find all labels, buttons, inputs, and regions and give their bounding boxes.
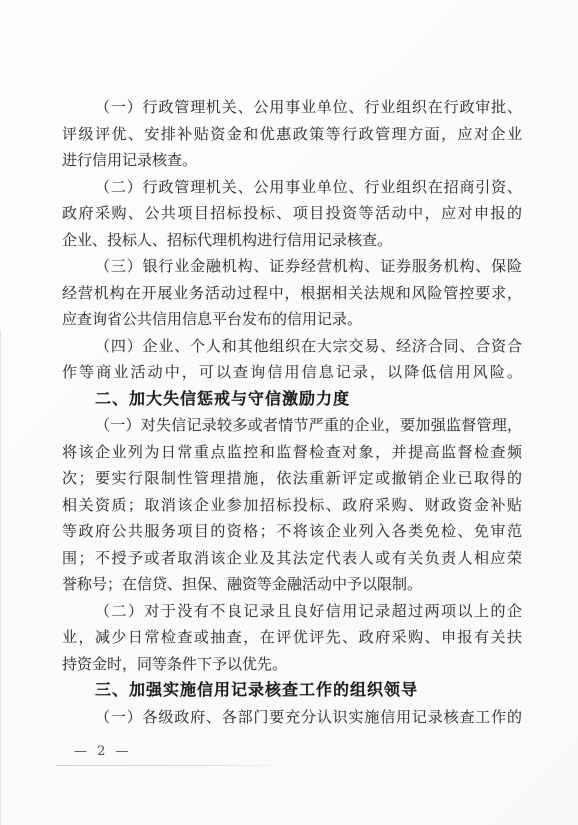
- text-line: 政府采购、公共项目招标投标、项目投资等活动中，应对申报的: [62, 201, 522, 228]
- text-line: （二）对于没有不良记录且良好信用记录超过两项以上的企: [62, 599, 522, 626]
- text-line: （三）银行业金融机构、证券经营机构、证券服务机构、保险: [62, 254, 522, 281]
- text-line: 经营机构在开展业务活动过程中，根据相关法规和风险管控要求，: [62, 281, 522, 308]
- text-line: 作等商业活动中，可以查询信用信息记录，以降低信用风险。: [62, 360, 522, 387]
- document-page: （一）行政管理机关、公用事业单位、行业组织在行政审批、评级评优、安排补贴资金和优…: [0, 0, 578, 825]
- text-line: 应查询省公共信用信息平台发布的信用记录。: [62, 307, 522, 334]
- page-footer: — 2 —: [0, 742, 578, 772]
- footer-divider-line: [55, 765, 293, 766]
- text-line: 二、加大失信惩戒与守信激励力度: [62, 387, 522, 414]
- text-line: 围；不授予或者取消该企业及其法定代表人或有关负责人相应荣: [62, 546, 522, 573]
- text-line: 次；要实行限制性管理措施，依法重新评定或撤销企业已取得的: [62, 466, 522, 493]
- text-line: 企业、投标人、招标代理机构进行信用记录核查。: [62, 228, 522, 255]
- text-line: 进行信用记录核查。: [62, 148, 522, 175]
- text-line: 誉称号；在信贷、担保、融资等金融活动中予以限制。: [62, 572, 522, 599]
- text-line: （一）对失信记录较多或者情节严重的企业，要加强监督管理，: [62, 413, 522, 440]
- text-line: （二）行政管理机关、公用事业单位、行业组织在招商引资、: [62, 175, 522, 202]
- text-line: 业，减少日常检查或抽查，在评优评先、政府采购、申报有关扶: [62, 625, 522, 652]
- text-line: 持资金时，同等条件下予以优先。: [62, 652, 522, 679]
- text-line: 三、加强实施信用记录核查工作的组织领导: [62, 678, 522, 705]
- text-line: 将该企业列为日常重点监控和监督检查对象，并提高监督检查频: [62, 440, 522, 467]
- text-line: （一）行政管理机关、公用事业单位、行业组织在行政审批、: [62, 95, 522, 122]
- scan-edge-artifact: [0, 330, 1, 825]
- text-line: 相关资质；取消该企业参加招标投标、政府采购、财政资金补贴: [62, 493, 522, 520]
- text-line: （一）各级政府、各部门要充分认识实施信用记录核查工作的: [62, 705, 522, 732]
- text-line: 评级评优、安排补贴资金和优惠政策等行政管理方面，应对企业: [62, 122, 522, 149]
- text-line: 等政府公共服务项目的资格；不将该企业列入各类免检、免审范: [62, 519, 522, 546]
- page-number: — 2 —: [74, 744, 132, 759]
- text-line: （四）企业、个人和其他组织在大宗交易、经济合同、合资合: [62, 334, 522, 361]
- document-body: （一）行政管理机关、公用事业单位、行业组织在行政审批、评级评优、安排补贴资金和优…: [62, 95, 522, 731]
